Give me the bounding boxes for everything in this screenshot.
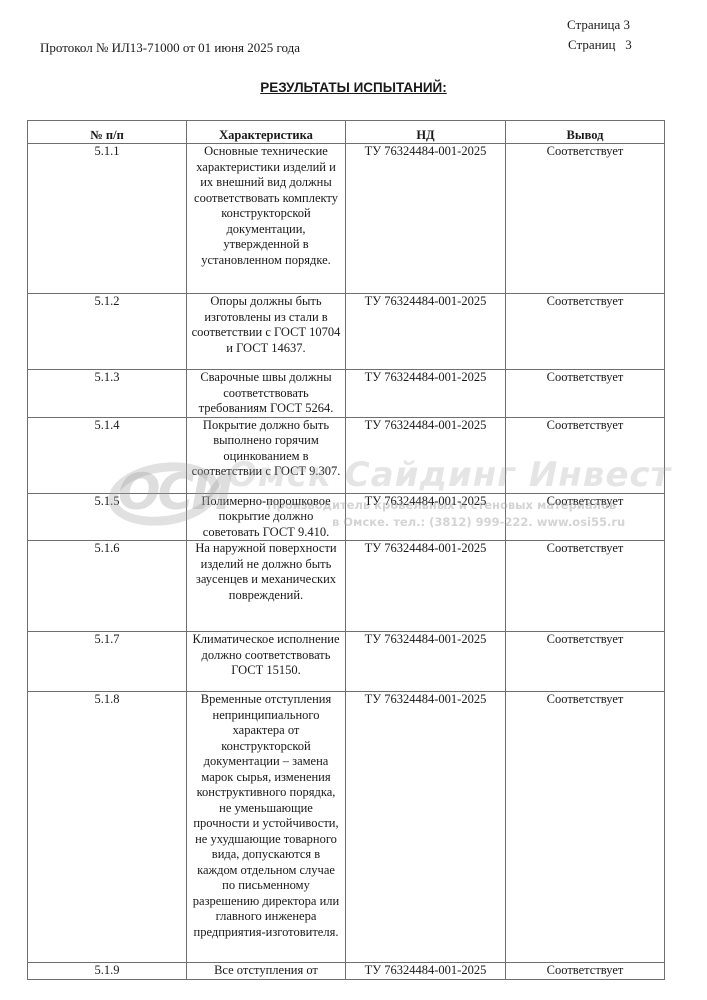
row-number: 5.1.3 xyxy=(28,370,187,418)
row-number: 5.1.2 xyxy=(28,294,187,370)
row-nd: ТУ 76324484-001-2025 xyxy=(346,370,506,418)
column-header-characteristic: Характеристика xyxy=(187,121,346,144)
row-characteristic: Климатическое исполнение должно соответс… xyxy=(187,632,346,692)
row-characteristic: Временные отступления непринципиального … xyxy=(187,692,346,963)
row-result: Соответствует xyxy=(506,692,665,963)
table-row: 5.1.7Климатическое исполнение должно соо… xyxy=(28,632,665,692)
protocol-title: Протокол № ИЛ13-71000 от 01 июня 2025 го… xyxy=(40,40,300,56)
column-header-nd: НД xyxy=(346,121,506,144)
table-row: 5.1.3Сварочные швы должны соответствоват… xyxy=(28,370,665,418)
page-total: Страниц 3 xyxy=(567,35,632,55)
row-characteristic: Полимерно-порошковое покрытие должно сов… xyxy=(187,493,346,541)
section-title: РЕЗУЛЬТАТЫ ИСПЫТАНИЙ: xyxy=(0,80,707,95)
row-characteristic: Основные технические характеристики изде… xyxy=(187,144,346,294)
row-nd: ТУ 76324484-001-2025 xyxy=(346,493,506,541)
column-header-number: № п/п xyxy=(28,121,187,144)
row-number: 5.1.5 xyxy=(28,493,187,541)
table-row: 5.1.8Временные отступления непринципиаль… xyxy=(28,692,665,963)
page-info: Страница 3 Страниц 3 xyxy=(567,15,632,55)
row-characteristic: Все отступления от xyxy=(187,963,346,980)
row-nd: ТУ 76324484-001-2025 xyxy=(346,692,506,963)
row-number: 5.1.1 xyxy=(28,144,187,294)
table-row: 5.1.2Опоры должны быть изготовлены из ст… xyxy=(28,294,665,370)
row-result: Соответствует xyxy=(506,541,665,632)
table-row: 5.1.1Основные технические характеристики… xyxy=(28,144,665,294)
row-nd: ТУ 76324484-001-2025 xyxy=(346,541,506,632)
row-nd: ТУ 76324484-001-2025 xyxy=(346,963,506,980)
row-number: 5.1.4 xyxy=(28,417,187,493)
table-row: 5.1.9Все отступления отТУ 76324484-001-2… xyxy=(28,963,665,980)
row-number: 5.1.6 xyxy=(28,541,187,632)
row-result: Соответствует xyxy=(506,417,665,493)
row-nd: ТУ 76324484-001-2025 xyxy=(346,294,506,370)
table-row: 5.1.4Покрытие должно быть выполнено горя… xyxy=(28,417,665,493)
row-number: 5.1.8 xyxy=(28,692,187,963)
table-header-row: № п/п Характеристика НД Вывод xyxy=(28,121,665,144)
row-nd: ТУ 76324484-001-2025 xyxy=(346,417,506,493)
row-nd: ТУ 76324484-001-2025 xyxy=(346,144,506,294)
table-row: 5.1.6На наружной поверхности изделий не … xyxy=(28,541,665,632)
page-current: Страница 3 xyxy=(567,15,632,35)
row-result: Соответствует xyxy=(506,493,665,541)
row-characteristic: Сварочные швы должны соответствовать тре… xyxy=(187,370,346,418)
row-result: Соответствует xyxy=(506,963,665,980)
row-characteristic: На наружной поверхности изделий не должн… xyxy=(187,541,346,632)
column-header-result: Вывод xyxy=(506,121,665,144)
row-result: Соответствует xyxy=(506,144,665,294)
row-result: Соответствует xyxy=(506,294,665,370)
table-row: 5.1.5Полимерно-порошковое покрытие должн… xyxy=(28,493,665,541)
row-nd: ТУ 76324484-001-2025 xyxy=(346,632,506,692)
results-table: № п/п Характеристика НД Вывод 5.1.1Основ… xyxy=(27,120,665,980)
row-characteristic: Покрытие должно быть выполнено горячим о… xyxy=(187,417,346,493)
row-result: Соответствует xyxy=(506,632,665,692)
row-characteristic: Опоры должны быть изготовлены из стали в… xyxy=(187,294,346,370)
row-number: 5.1.7 xyxy=(28,632,187,692)
row-result: Соответствует xyxy=(506,370,665,418)
row-number: 5.1.9 xyxy=(28,963,187,980)
